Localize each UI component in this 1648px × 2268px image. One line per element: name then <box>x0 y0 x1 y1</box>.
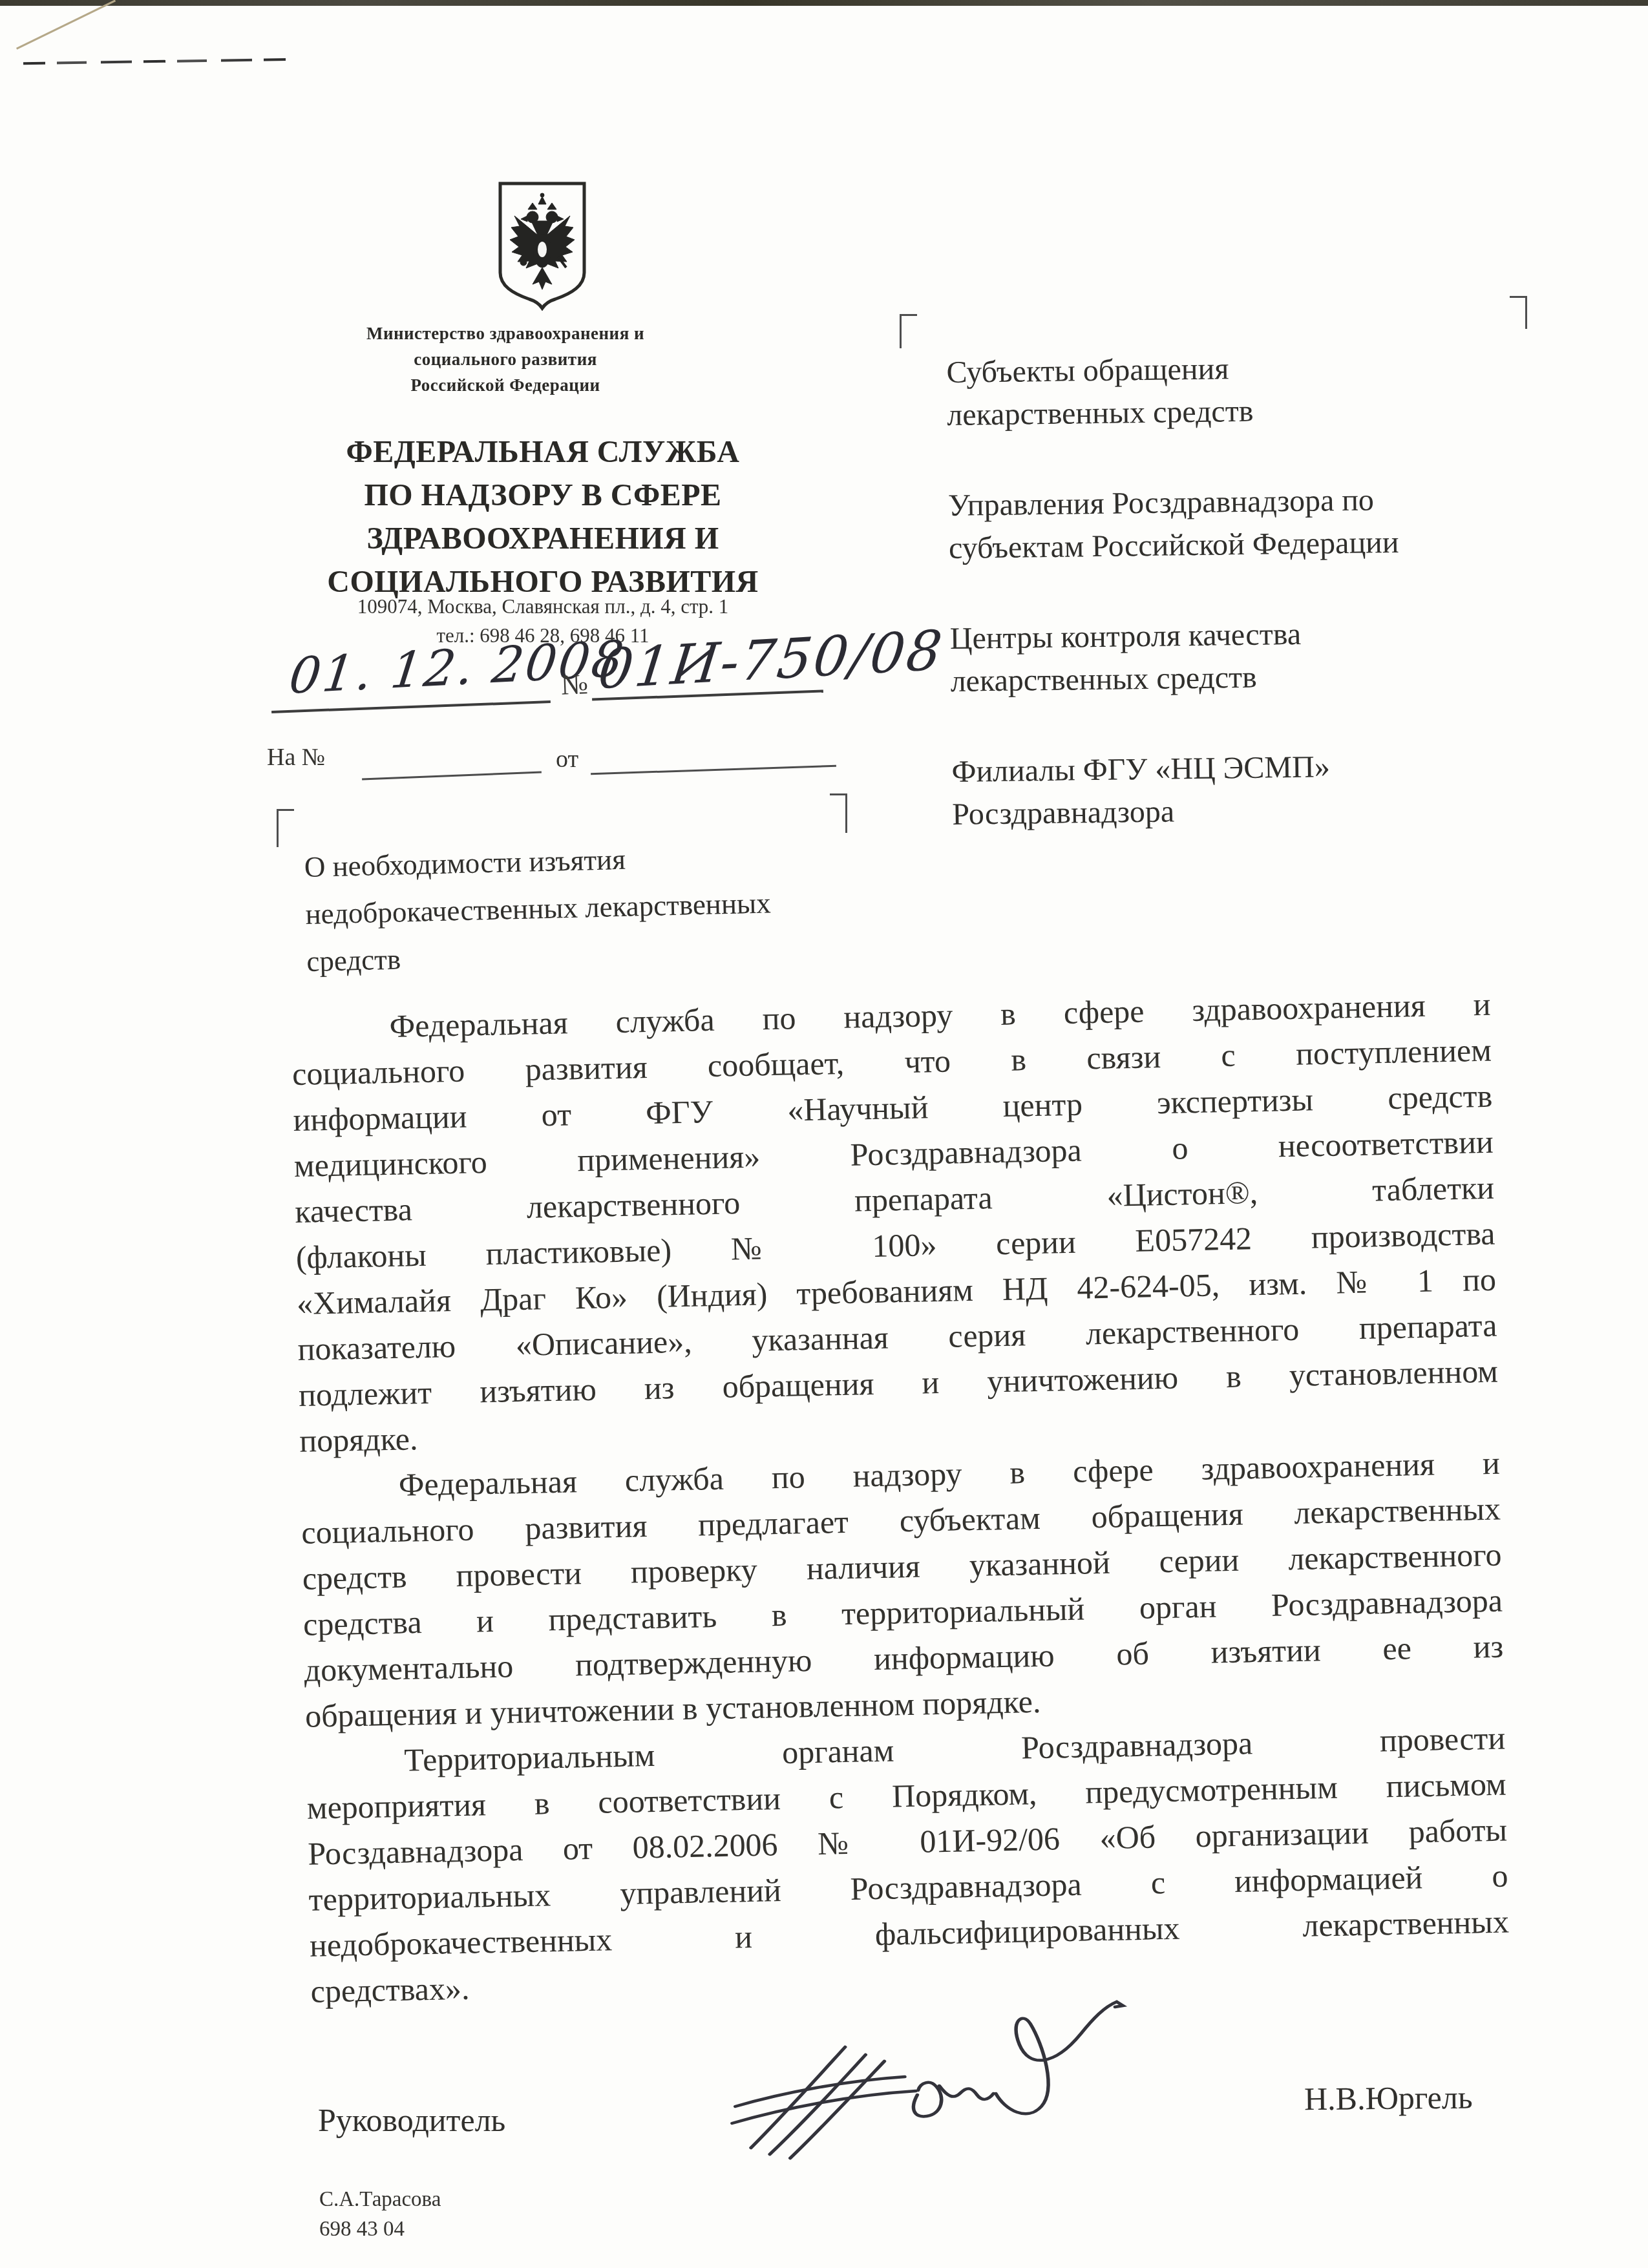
signer-position: Руководитель <box>318 2101 505 2139</box>
ref-number-label: На № <box>267 743 325 772</box>
recipient-item: Центры контроля качества лекарственных с… <box>949 610 1545 703</box>
recipient-line: Росздравнадзора <box>952 786 1547 836</box>
federal-service-name: ФЕДЕРАЛЬНАЯ СЛУЖБА ПО НАДЗОРУ В СФЕРЕ ЗД… <box>271 430 814 604</box>
signer-name: Н.В.Юргель <box>1304 2079 1473 2118</box>
ref-date-blank-underline <box>591 765 836 775</box>
recipient-line: Филиалы ФГУ «НЦ ЭСМП» <box>951 743 1547 793</box>
postal-address: 109074, Москва, Славянская пл., д. 4, ст… <box>271 592 814 621</box>
recipient-zone-corner-mark-left <box>900 314 917 348</box>
russia-coat-of-arms-icon <box>494 178 591 311</box>
ministry-name-line: Министерство здравоохранения и <box>240 320 770 346</box>
recipient-line: Субъекты обращения <box>946 344 1541 394</box>
service-name-line: ФЕДЕРАЛЬНАЯ СЛУЖБА <box>271 430 814 474</box>
subject-zone-corner-mark-left <box>277 809 294 847</box>
service-name-line: ЗДРАВООХРАНЕНИЯ И <box>271 517 814 560</box>
letter-body: Федеральная служба по надзору в сфере зд… <box>291 982 1510 2015</box>
recipient-item: Субъекты обращения лекарственных средств <box>946 344 1542 437</box>
recipient-line: Управления Росздравнадзора по <box>948 477 1543 527</box>
handwritten-signature-icon <box>729 1998 1168 2169</box>
number-sign: № <box>560 667 589 701</box>
executor-name: С.А.Тарасова <box>319 2188 441 2212</box>
ref-number-blank-underline <box>362 771 542 780</box>
recipient-line: Центры контроля качества <box>949 610 1545 660</box>
scan-top-edge <box>0 0 1648 6</box>
executor-phone: 698 43 04 <box>319 2218 405 2242</box>
recipients-block: Субъекты обращения лекарственных средств… <box>946 344 1548 884</box>
recipient-line: субъектам Российской Федерации <box>949 520 1544 570</box>
ministry-name-line: Российской Федерации <box>240 372 770 398</box>
service-name-line: ПО НАДЗОРУ В СФЕРЕ <box>271 474 814 517</box>
recipient-zone-corner-mark-right <box>1510 296 1527 329</box>
subject-zone-corner-mark-right <box>830 793 847 833</box>
recipient-line: лекарственных средств <box>950 653 1545 703</box>
recipient-item: Управления Росздравнадзора по субъектам … <box>948 477 1544 570</box>
ref-from-label: от <box>556 745 578 773</box>
scan-corner-artifact <box>16 0 116 50</box>
letter-subject: О необходимости изъятия недоброкачествен… <box>304 828 940 985</box>
scan-dashed-artifact <box>23 58 297 65</box>
recipient-line: лекарственных средств <box>947 386 1542 437</box>
ministry-name: Министерство здравоохранения и социально… <box>240 320 770 398</box>
recipient-item: Филиалы ФГУ «НЦ ЭСМП» Росздравнадзора <box>951 743 1547 836</box>
scanned-letter-page: Министерство здравоохранения и социально… <box>0 0 1648 2268</box>
ministry-name-line: социального развития <box>240 346 770 372</box>
